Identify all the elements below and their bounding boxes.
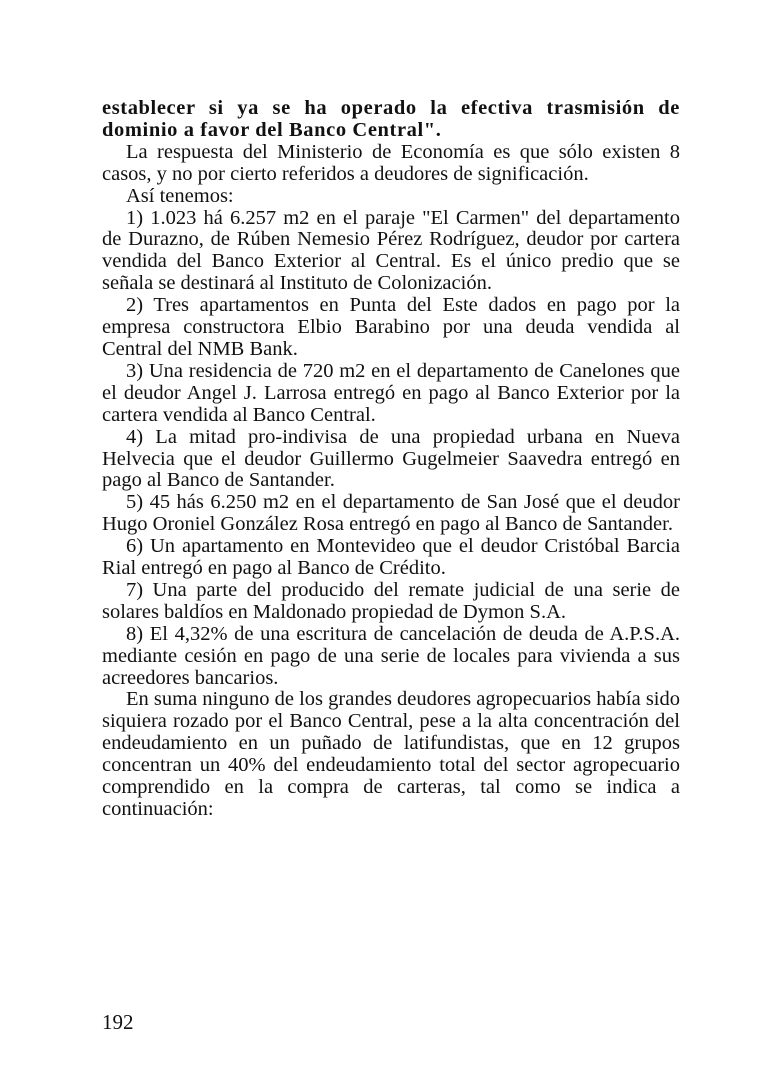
list-item-8: 8) El 4,32% de una escritura de cancelac… <box>102 624 680 690</box>
page-body: establecer si ya se ha operado la efecti… <box>102 98 680 821</box>
paragraph-summary: En suma ninguno de los grandes deudores … <box>102 689 680 820</box>
paragraph-ministry-response: La respuesta del Ministerio de Economía … <box>102 142 680 186</box>
list-item-1: 1) 1.023 há 6.257 m2 en el paraje "El Ca… <box>102 208 680 296</box>
list-item-3: 3) Una residencia de 720 m2 en el depart… <box>102 361 680 427</box>
list-item-2: 2) Tres apartamentos en Punta del Este d… <box>102 295 680 361</box>
list-item-7: 7) Una parte del producido del remate ju… <box>102 580 680 624</box>
page-number: 192 <box>102 1010 134 1035</box>
list-item-5: 5) 45 hás 6.250 m2 en el departamento de… <box>102 492 680 536</box>
paragraph-asi-tenemos: Así tenemos: <box>102 186 680 208</box>
list-item-6: 6) Un apartamento en Montevideo que el d… <box>102 536 680 580</box>
list-item-4: 4) La mitad pro-indivisa de una propieda… <box>102 427 680 493</box>
quoted-lead-text: establecer si ya se ha operado la efecti… <box>102 98 680 142</box>
